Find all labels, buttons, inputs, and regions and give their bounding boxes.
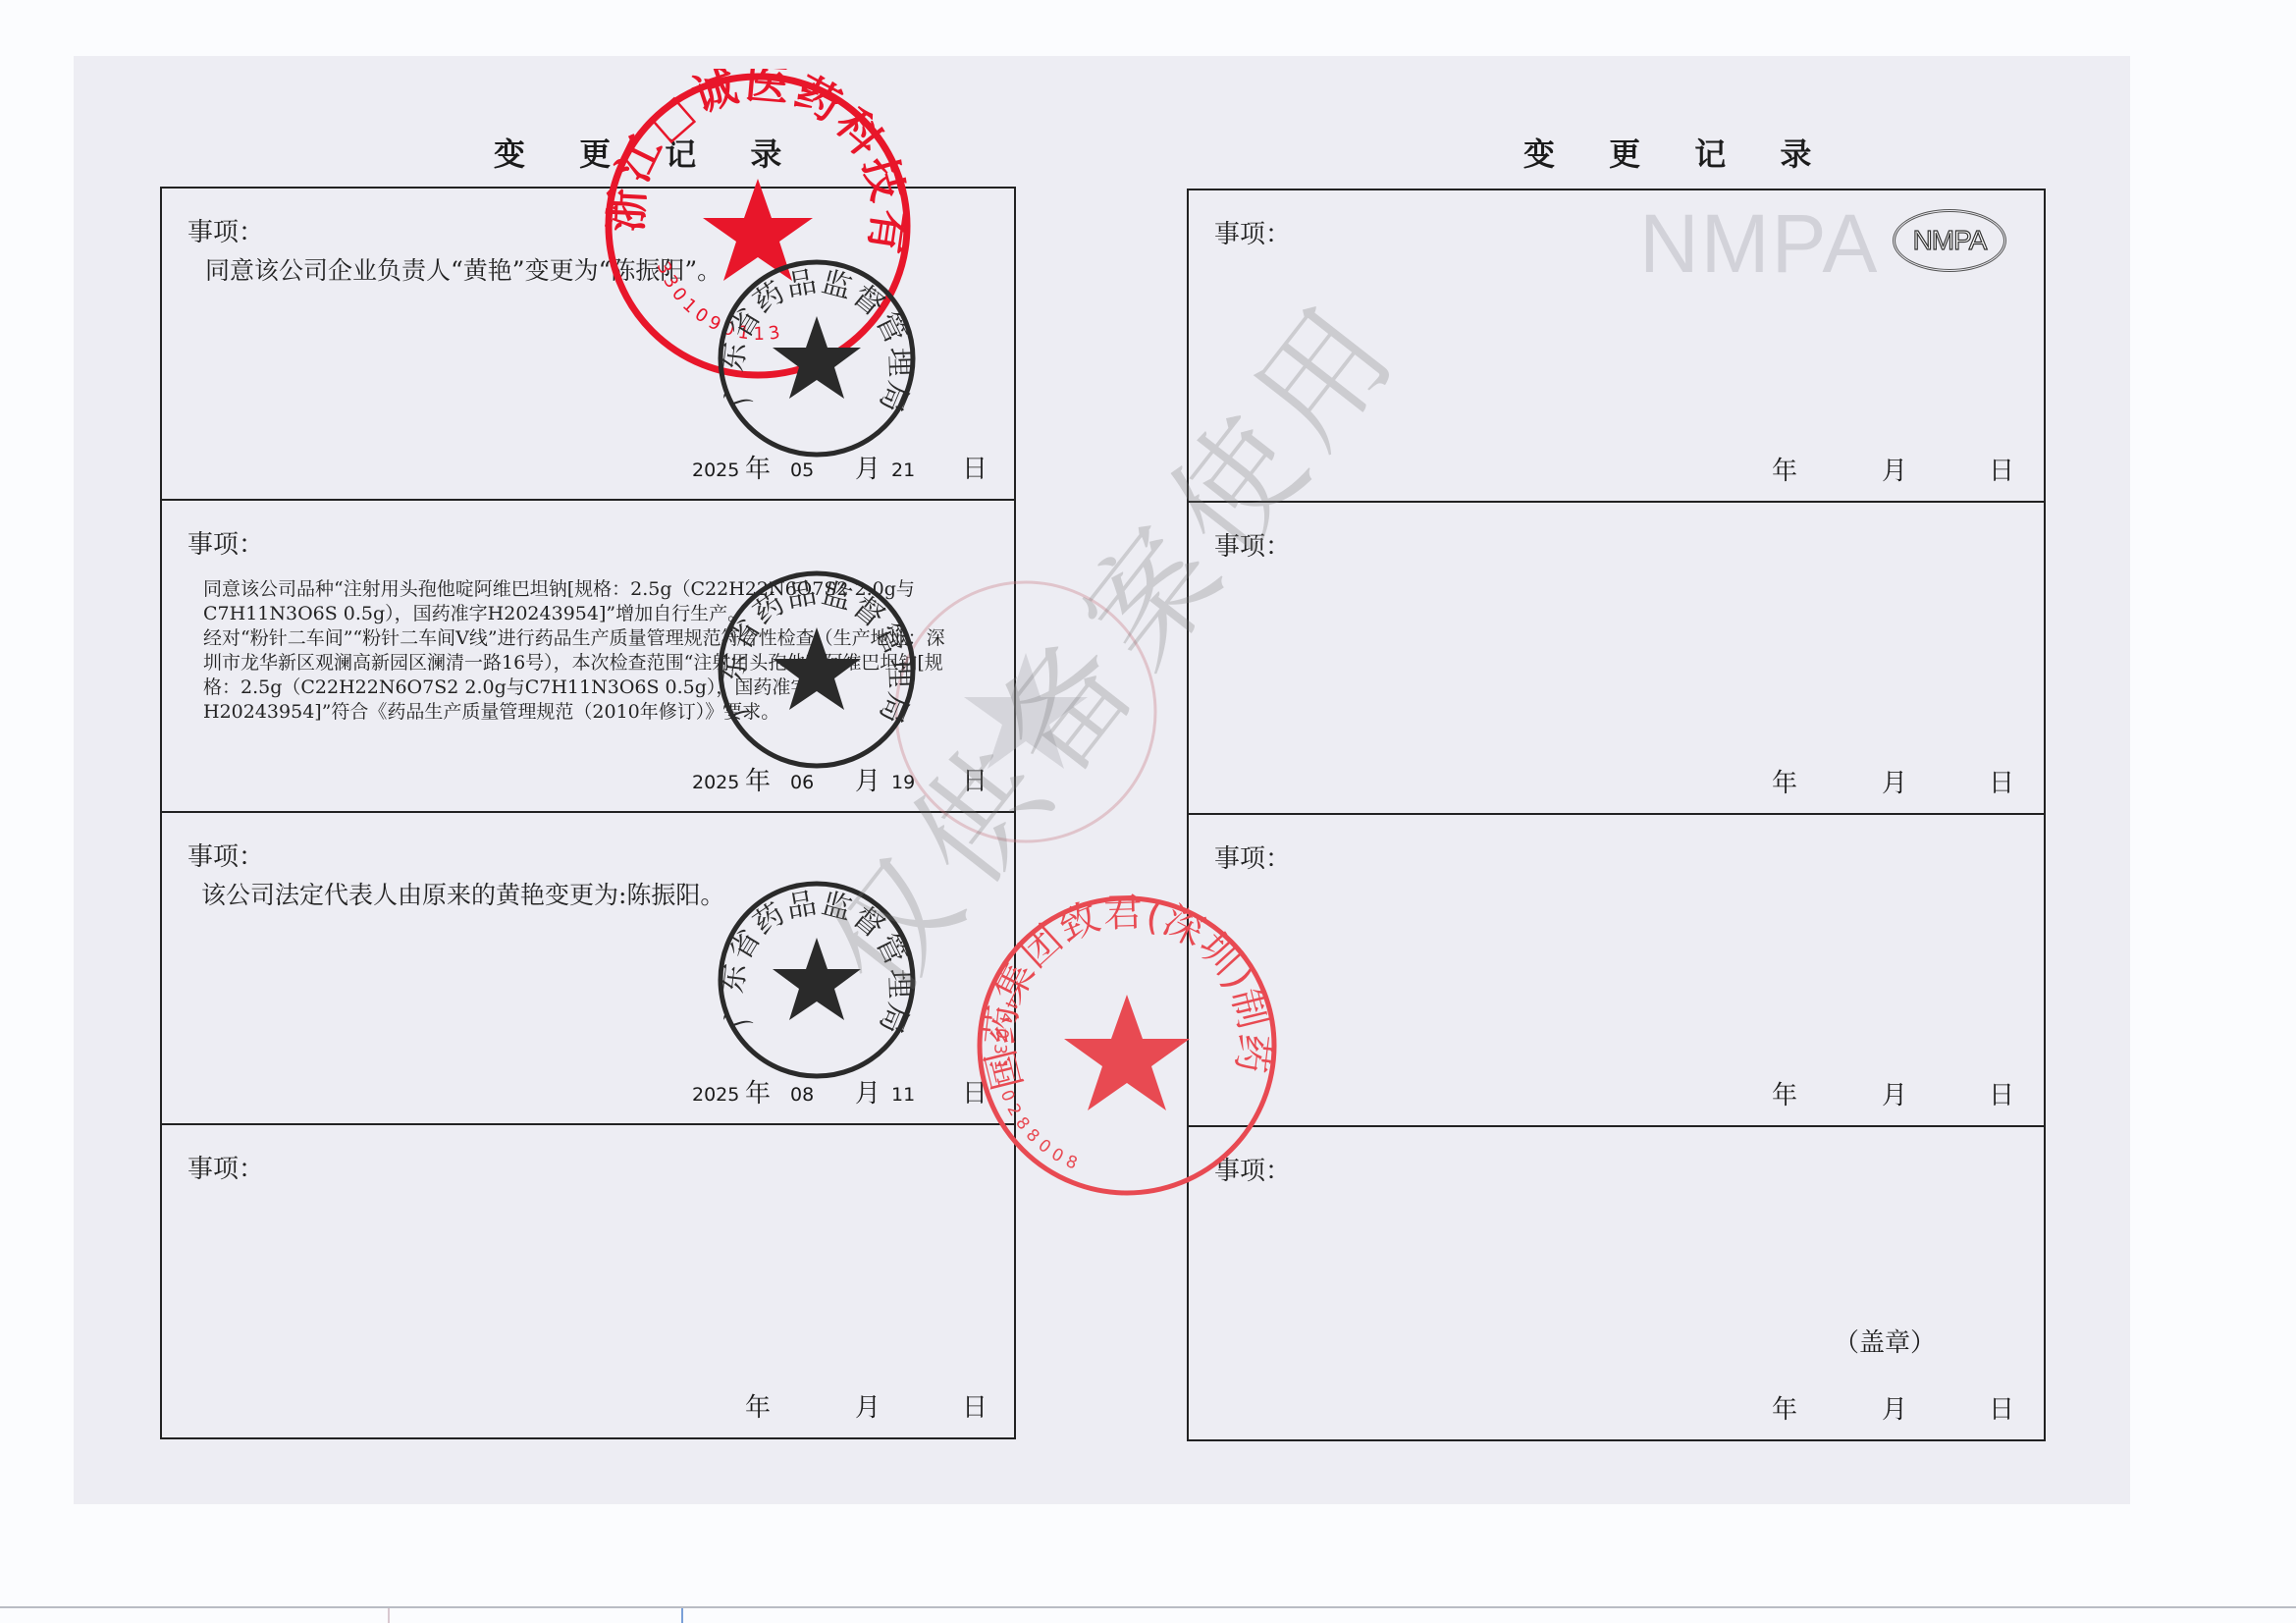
scan-edge-tick (388, 1608, 390, 1623)
year-label: 年 (745, 1387, 771, 1424)
record-date: 2025 年 05 月 21 日 (162, 450, 1014, 485)
record-date: 年 月 日 (1189, 1076, 2044, 1111)
year-label: 年 (1772, 1075, 1797, 1111)
left-record-1: 事项： 同意该公司企业负责人“黄艳”变更为“陈振阳”。 2025 年 05 月 … (162, 189, 1014, 501)
right-record-4: 事项： （盖章） 年 月 日 (1189, 1127, 2044, 1439)
day-label: 日 (962, 449, 988, 485)
date-month-value: 08 (790, 1084, 814, 1106)
right-change-record-table: 事项： 年 月 日 事项： 年 月 日 事项： 年 月 日 事项： （盖章） 年… (1187, 189, 2046, 1441)
left-change-record-table: 事项： 同意该公司企业负责人“黄艳”变更为“陈振阳”。 2025 年 05 月 … (160, 187, 1016, 1439)
month-label: 月 (855, 449, 881, 485)
item-label: 事项： (187, 837, 264, 873)
record-date: 年 月 日 (162, 1388, 1014, 1424)
scan-edge-tick (681, 1608, 683, 1623)
record-content: 同意该公司品种“注射用头孢他啶阿维巴坦钠[规格：2.5g（C22H22N6O7S… (203, 577, 955, 725)
record-content: 同意该公司企业负责人“黄艳”变更为“陈振阳”。 (205, 253, 975, 289)
item-label: 事项： (1214, 839, 1291, 875)
year-label: 年 (745, 1073, 771, 1109)
year-label: 年 (1772, 451, 1797, 487)
date-month-value: 05 (790, 460, 814, 481)
left-record-2: 事项： 同意该公司品种“注射用头孢他啶阿维巴坦钠[规格：2.5g（C22H22N… (162, 501, 1014, 813)
year-label: 年 (745, 449, 771, 485)
nmpa-background-mark: NMPA (1639, 196, 1879, 292)
month-label: 月 (1882, 451, 1907, 487)
month-label: 月 (1882, 1389, 1907, 1426)
day-label: 日 (962, 1387, 988, 1424)
month-label: 月 (1882, 1075, 1907, 1111)
month-label: 月 (855, 1387, 881, 1424)
year-label: 年 (1772, 763, 1797, 799)
right-page-title: 变 更 记 录 (1523, 130, 1833, 175)
month-label: 月 (855, 1073, 881, 1109)
month-label: 月 (1882, 763, 1907, 799)
left-page-title: 变 更 记 录 (494, 130, 803, 175)
date-day-value: 11 (891, 1084, 915, 1106)
item-label: 事项： (187, 212, 264, 248)
year-label: 年 (745, 761, 771, 797)
date-day-value: 19 (891, 772, 915, 793)
date-year-value: 2025 (692, 772, 739, 793)
day-label: 日 (1989, 1075, 2014, 1111)
scan-bottom-edge (0, 1606, 2296, 1608)
record-date: 2025 年 08 月 11 日 (162, 1074, 1014, 1109)
month-label: 月 (855, 761, 881, 797)
left-record-3: 事项： 该公司法定代表人由原来的黄艳变更为:陈振阳。 2025 年 08 月 1… (162, 813, 1014, 1125)
item-label: 事项： (1214, 526, 1291, 563)
date-year-value: 2025 (692, 460, 739, 481)
day-label: 日 (1989, 1389, 2014, 1426)
day-label: 日 (1989, 763, 2014, 799)
item-label: 事项： (1214, 1151, 1291, 1187)
date-day-value: 21 (891, 460, 915, 481)
item-label: 事项： (1214, 214, 1291, 250)
seal-note: （盖章） (1834, 1323, 1936, 1359)
day-label: 日 (962, 1073, 988, 1109)
right-record-3: 事项： 年 月 日 (1189, 815, 2044, 1127)
day-label: 日 (1989, 451, 2014, 487)
nmpa-logo-icon: NMPA (1893, 209, 2006, 272)
item-label: 事项： (187, 524, 264, 561)
left-record-4: 事项： 年 月 日 (162, 1125, 1014, 1437)
right-record-2: 事项： 年 月 日 (1189, 503, 2044, 815)
record-date: 年 月 日 (1189, 764, 2044, 799)
year-label: 年 (1772, 1389, 1797, 1426)
date-month-value: 06 (790, 772, 814, 793)
record-date: 年 月 日 (1189, 1390, 2044, 1426)
date-year-value: 2025 (692, 1084, 739, 1106)
record-date: 年 月 日 (1189, 452, 2044, 487)
record-content: 该公司法定代表人由原来的黄艳变更为:陈振阳。 (201, 878, 975, 913)
day-label: 日 (962, 761, 988, 797)
record-date: 2025 年 06 月 19 日 (162, 762, 1014, 797)
item-label: 事项： (187, 1149, 264, 1185)
